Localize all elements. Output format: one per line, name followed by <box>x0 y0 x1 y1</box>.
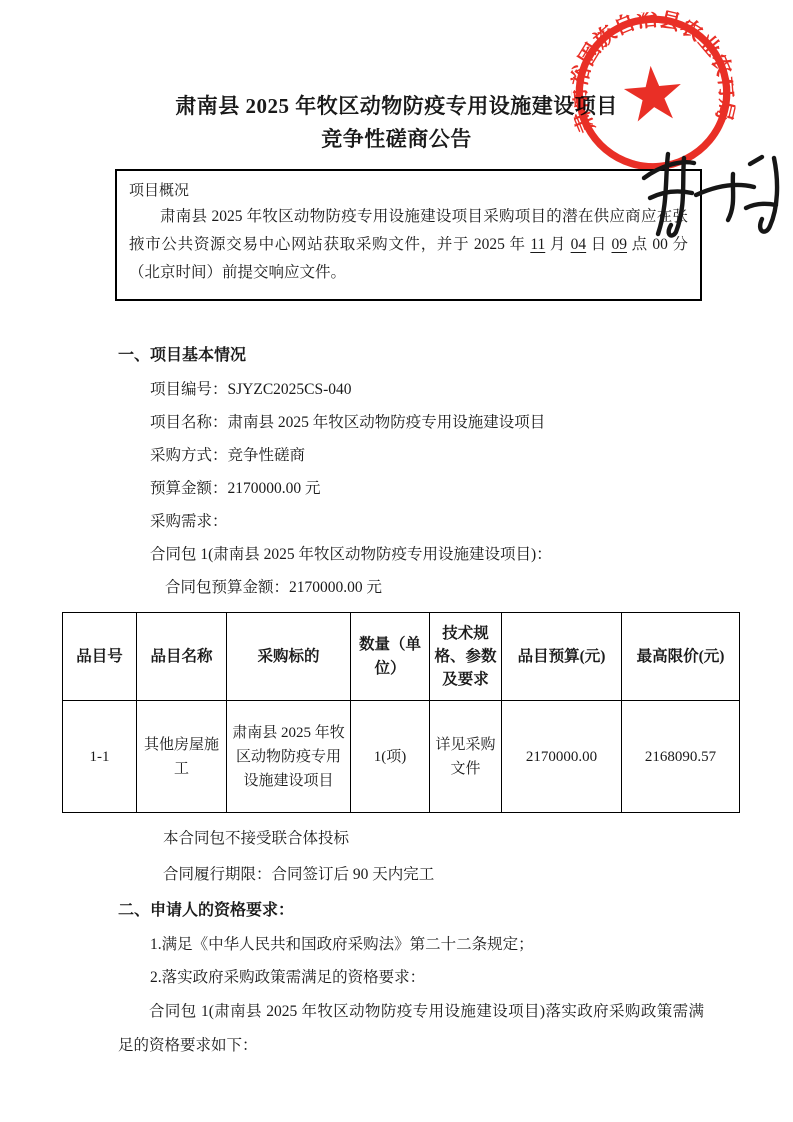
field-package-budget: 合同包预算金额：2170000.00 元 <box>165 577 793 598</box>
overview-text: 月 <box>545 236 570 253</box>
field-procurement-demand: 采购需求： <box>150 511 793 532</box>
cell-subject: 肃南县 2025 年牧区动物防疫专用设施建设项目 <box>227 701 351 813</box>
field-label: 预算金额： <box>150 480 228 497</box>
col-header-specs: 技术规格、参数及要求 <box>430 613 502 701</box>
title-line-1: 肃南县 2025 年牧区动物防疫专用设施建设项目 <box>0 90 793 123</box>
col-header-price-cap: 最高限价(元) <box>622 613 740 701</box>
qualification-item-1: 1.满足《中华人民共和国政府采购法》第二十二条规定； <box>150 934 793 955</box>
field-budget-amount: 预算金额：2170000.00 元 <box>150 478 793 499</box>
overview-paragraph: 肃南县 2025 年牧区动物防疫专用设施建设项目采购项目的潜在供应商应在张掖市公… <box>129 203 688 287</box>
announcement-page: 肃南裕固族自治县农业农村局 ★ 肃南县 2025 年牧区动物防疫专用设施建设项目… <box>0 0 793 1122</box>
cell-item-no: 1-1 <box>63 701 137 813</box>
col-header-item-no: 品目号 <box>63 613 137 701</box>
cell-quantity: 1(项) <box>351 701 430 813</box>
field-label: 合同包 1(肃南县 2025 年牧区动物防疫专用设施建设项目)： <box>150 546 552 563</box>
field-value: 竞争性磋商 <box>228 447 306 464</box>
policy-requirements-paragraph: 合同包 1(肃南县 2025 年牧区动物防疫专用设施建设项目)落实政府采购政策需… <box>118 995 704 1063</box>
field-label: 项目名称： <box>150 414 228 431</box>
note-no-consortium: 本合同包不接受联合体投标 <box>163 828 793 849</box>
deadline-day: 04 <box>571 236 587 253</box>
field-label: 采购方式： <box>150 447 228 464</box>
document-title: 肃南县 2025 年牧区动物防疫专用设施建设项目 竞争性磋商公告 <box>0 90 793 156</box>
field-value: 肃南县 2025 年牧区动物防疫专用设施建设项目 <box>228 414 546 431</box>
field-project-number: 项目编号：SJYZC2025CS-040 <box>150 379 793 400</box>
overview-text: 日 <box>586 236 611 253</box>
title-line-2: 竞争性磋商公告 <box>0 123 793 156</box>
cell-price-cap: 2168090.57 <box>622 701 740 813</box>
col-header-quantity: 数量（单位） <box>351 613 430 701</box>
col-header-item-name: 品目名称 <box>137 613 227 701</box>
table-header-row: 品目号 品目名称 采购标的 数量（单位） 技术规格、参数及要求 品目预算(元) … <box>63 613 740 701</box>
cell-specs: 详见采购文件 <box>430 701 502 813</box>
cell-item-name: 其他房屋施工 <box>137 701 227 813</box>
note-contract-period: 合同履行期限：合同签订后 90 天内完工 <box>163 864 793 885</box>
table-row: 1-1 其他房屋施工 肃南县 2025 年牧区动物防疫专用设施建设项目 1(项)… <box>63 701 740 813</box>
overview-heading: 项目概况 <box>129 179 688 203</box>
field-contract-package: 合同包 1(肃南县 2025 年牧区动物防疫专用设施建设项目)： <box>150 544 793 565</box>
deadline-month: 11 <box>530 236 545 253</box>
field-label: 合同包预算金额： <box>165 579 289 596</box>
field-value: SJYZC2025CS-040 <box>228 381 352 398</box>
section-1-heading: 一、项目基本情况 <box>118 345 793 367</box>
field-label: 项目编号： <box>150 381 228 398</box>
field-project-name: 项目名称：肃南县 2025 年牧区动物防疫专用设施建设项目 <box>150 412 793 433</box>
field-procurement-method: 采购方式：竞争性磋商 <box>150 445 793 466</box>
col-header-subject: 采购标的 <box>227 613 351 701</box>
field-value: 2170000.00 元 <box>228 480 321 497</box>
field-label: 采购需求： <box>150 513 228 530</box>
deadline-hour: 09 <box>612 236 628 253</box>
qualification-item-2: 2.落实政府采购政策需满足的资格要求： <box>150 967 793 988</box>
cell-item-budget: 2170000.00 <box>502 701 622 813</box>
procurement-items-table: 品目号 品目名称 采购标的 数量（单位） 技术规格、参数及要求 品目预算(元) … <box>62 612 740 813</box>
project-overview-box: 项目概况 肃南县 2025 年牧区动物防疫专用设施建设项目采购项目的潜在供应商应… <box>115 169 702 301</box>
col-header-item-budget: 品目预算(元) <box>502 613 622 701</box>
field-value: 2170000.00 元 <box>289 579 382 596</box>
section-2-heading: 二、申请人的资格要求： <box>118 900 793 922</box>
